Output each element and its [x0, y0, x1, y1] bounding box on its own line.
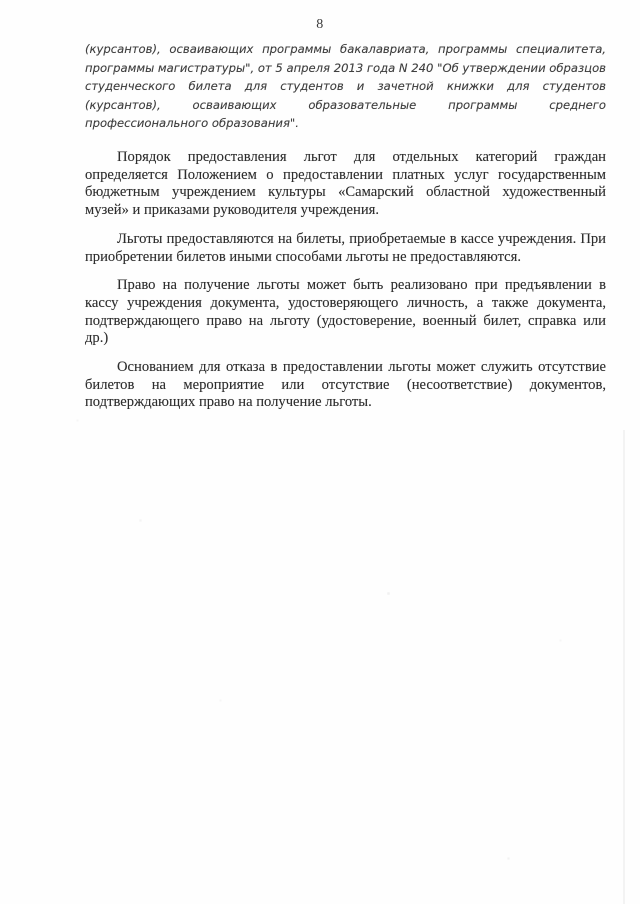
paragraph-refusal-grounds: Основанием для отказа в предоставлении л…	[85, 359, 606, 412]
page-header: 8	[0, 15, 640, 33]
paragraph-benefits-documents: Право на получение льготы может быть реа…	[85, 277, 606, 348]
citation-block: (курсантов), осваивающих программы бакал…	[85, 40, 606, 133]
scan-noise-speckles	[0, 0, 1, 1]
citation-paragraph: (курсантов), осваивающих программы бакал…	[85, 40, 606, 133]
scan-artifact-line	[623, 430, 625, 904]
paragraph-benefits-tickets: Льготы предоставляются на билеты, приобр…	[85, 231, 606, 266]
page-number: 8	[316, 17, 324, 32]
body-text: Порядок предоставления льгот для отдельн…	[85, 149, 606, 423]
document-page: 8 (курсантов), осваивающих программы бак…	[0, 0, 640, 904]
paragraph-benefits-order: Порядок предоставления льгот для отдельн…	[85, 149, 606, 220]
